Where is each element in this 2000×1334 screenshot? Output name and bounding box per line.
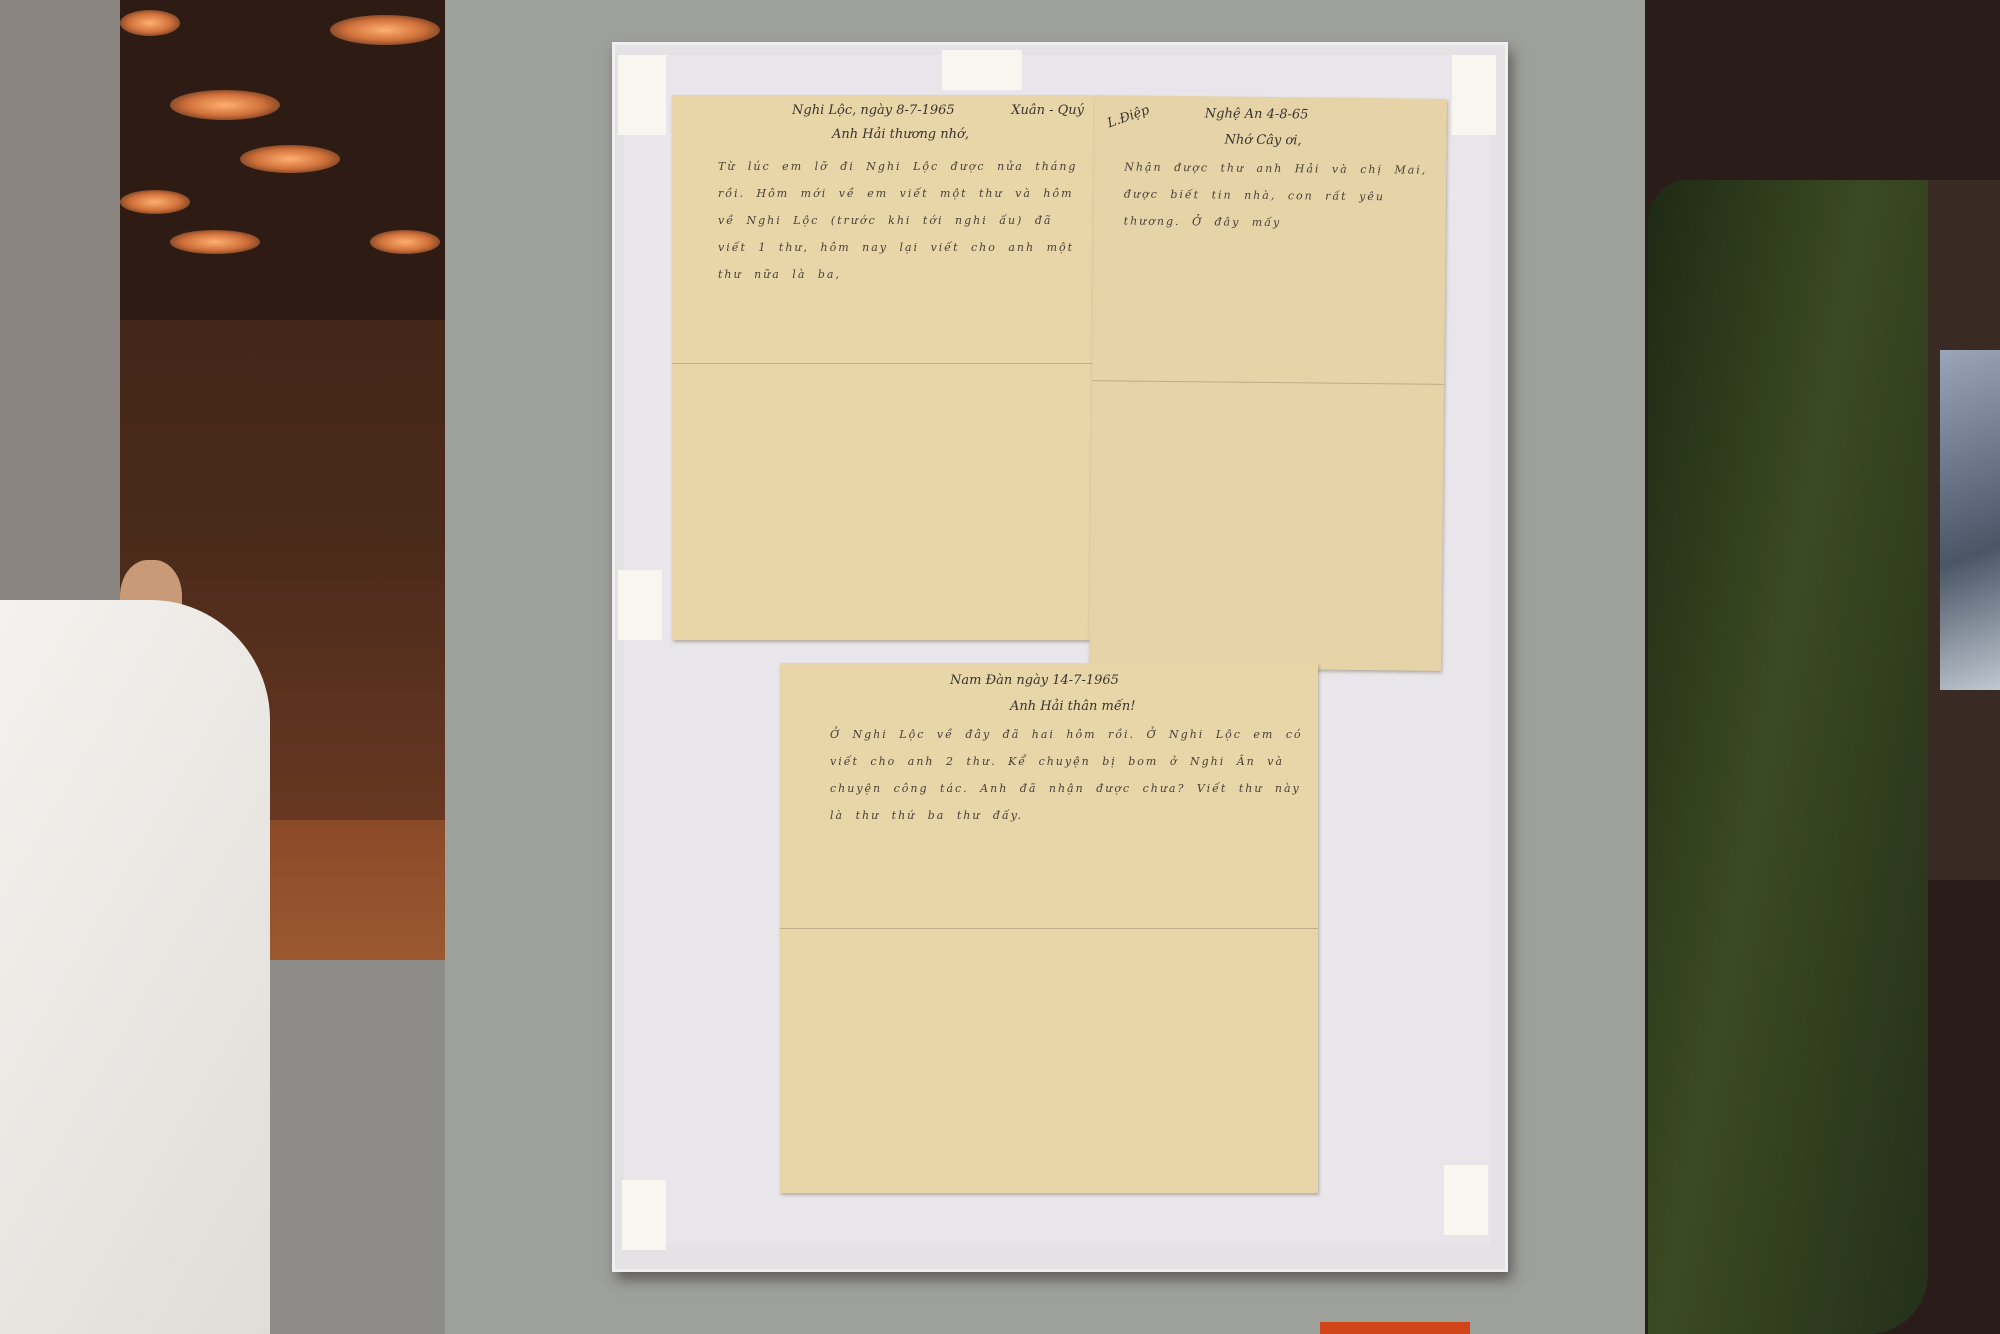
letter-1-signature: Xuân - Quý: [1011, 103, 1084, 118]
letter-3-body: Ở Nghi Lộc về đây đã hai hôm rồi. Ở Nghi…: [830, 721, 1304, 829]
ceiling-light: [170, 230, 260, 254]
mounting-tape: [618, 570, 662, 640]
mounting-tape: [1452, 55, 1496, 135]
mounting-tape: [942, 50, 1022, 90]
letter-2-margin-note: L.Điệp: [1106, 103, 1152, 132]
ceiling-light: [240, 145, 340, 173]
mounting-tape: [622, 1180, 666, 1250]
mounting-tape: [618, 55, 666, 135]
ceiling-light: [170, 90, 280, 120]
letter-2-body: Nhận được thư anh Hải và chị Mai, được b…: [1124, 153, 1433, 237]
green-military-jacket: [1648, 180, 1928, 1334]
ceiling-light: [370, 230, 440, 254]
fold-crease: [1092, 380, 1444, 385]
letter-1: Nghi Lộc, ngày 8-7-1965 Xuân - Quý Anh H…: [672, 95, 1100, 640]
white-fabric-foreground: [0, 600, 270, 1334]
letter-3-salutation: Anh Hải thân mến!: [1010, 699, 1135, 714]
fold-crease: [780, 928, 1318, 929]
exhibit-label-tag: [1320, 1322, 1470, 1334]
fold-crease: [672, 363, 1100, 364]
letter-2: L.Điệp Nghệ An 4-8-65 Nhớ Cây ơi, Nhận đ…: [1089, 95, 1447, 671]
ceiling-light: [120, 10, 180, 36]
ceiling-light: [330, 15, 440, 45]
letter-1-salutation: Anh Hải thương nhớ,: [832, 127, 969, 142]
letter-1-body: Từ lúc em lỡ đi Nghi Lộc được nửa tháng …: [718, 153, 1086, 288]
letter-1-date: Nghi Lộc, ngày 8-7-1965: [792, 103, 955, 118]
letter-3-date: Nam Đàn ngày 14-7-1965: [950, 673, 1119, 688]
mounting-tape: [1444, 1165, 1488, 1235]
letter-3: Nam Đàn ngày 14-7-1965 Anh Hải thân mến!…: [780, 663, 1318, 1193]
ceiling-light: [120, 190, 190, 214]
wall-photograph: [1940, 350, 2000, 690]
letter-2-salutation: Nhớ Cây ơi,: [1224, 133, 1301, 149]
letter-2-date: Nghệ An 4-8-65: [1205, 106, 1309, 122]
